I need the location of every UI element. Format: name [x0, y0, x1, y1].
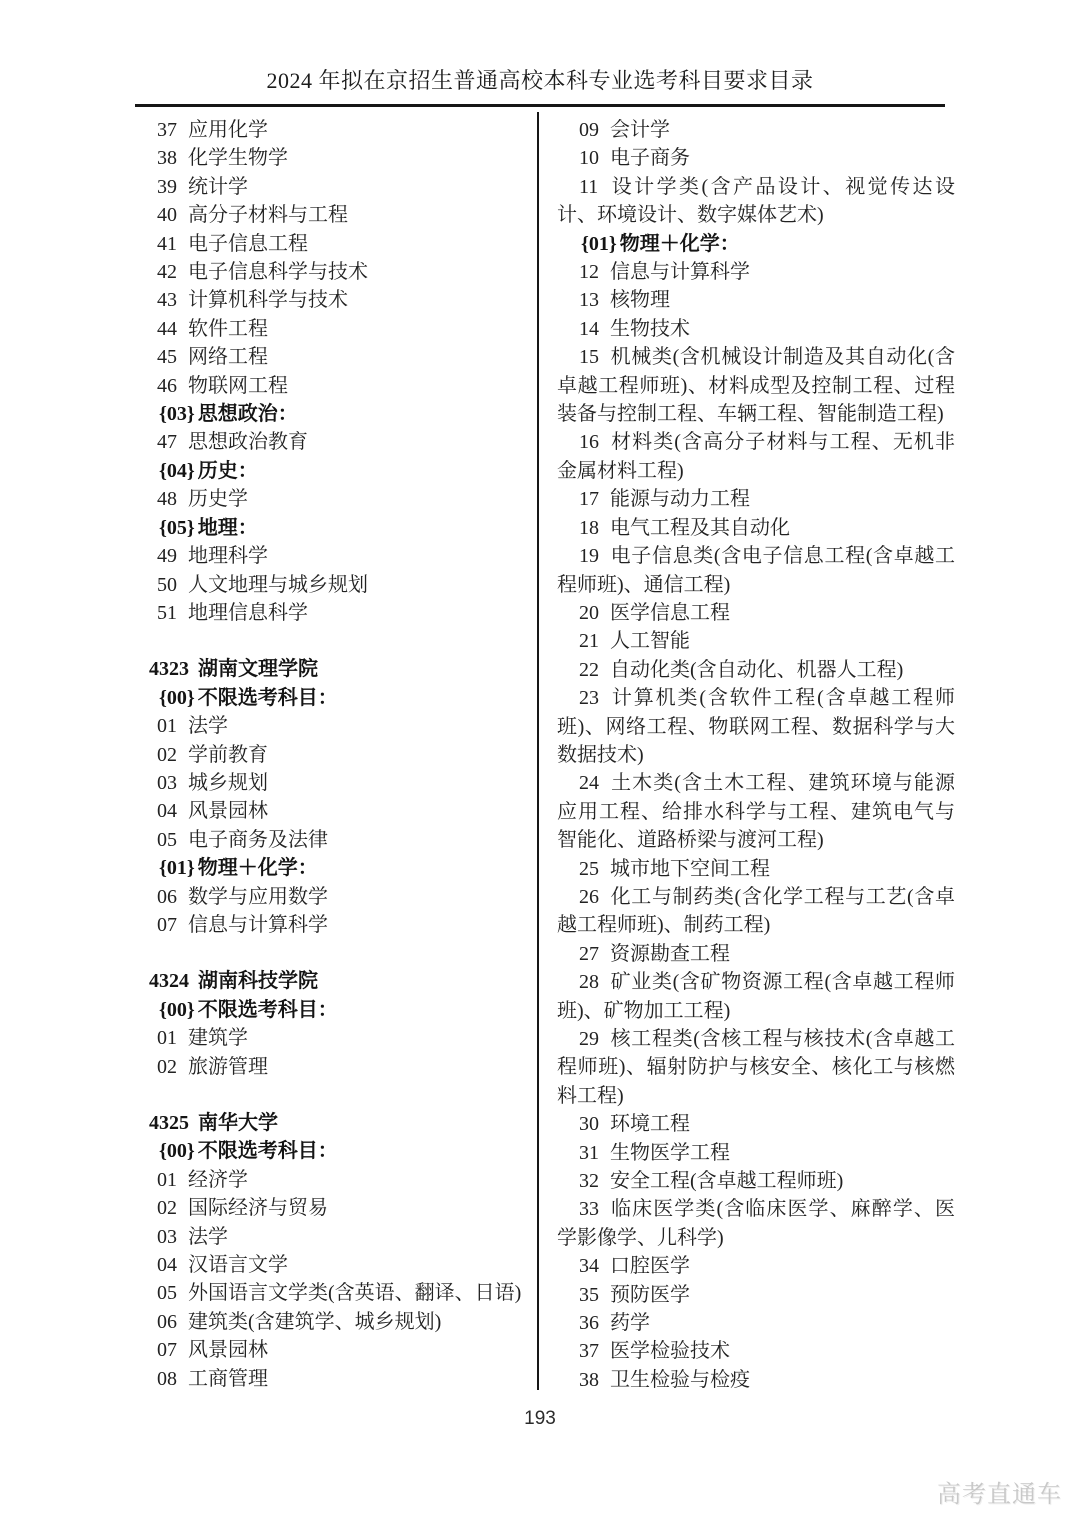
requirement-code: {01}: [581, 233, 617, 255]
requirement-label: 不限选考科目：: [198, 687, 338, 709]
document-page: { "header": { "title": "2024 年拟在京招生普通高校本…: [0, 0, 1080, 1527]
major-item: 24土木类(含土木工程、建筑环境与能源应用工程、给排水科学与工程、建筑电气与智能…: [557, 769, 955, 854]
major-code: 03: [157, 1226, 177, 1248]
major-code: 09: [579, 119, 599, 141]
major-item: 01法学: [135, 712, 533, 740]
page-number: 193: [0, 1408, 1080, 1430]
major-code: 37: [579, 1340, 599, 1362]
major-item: 03法学: [135, 1223, 533, 1251]
major-name: 经济学: [188, 1169, 248, 1191]
university-header: 4325南华大学: [135, 1109, 533, 1137]
major-name: 材料类(含高分子材料与工程、无机非金属材料工程): [557, 431, 955, 481]
major-name: 核工程类(含核工程与核技术(含卓越工程师班)、辐射防护与核安全、核化工与核燃料工…: [557, 1028, 955, 1107]
major-item: 07风景园林: [135, 1336, 533, 1364]
major-code: 29: [579, 1028, 599, 1050]
major-code: 02: [157, 1197, 177, 1219]
left-column: 37应用化学38化学生物学39统计学40高分子材料与工程41电子信息工程42电子…: [135, 116, 533, 1393]
major-code: 30: [579, 1113, 599, 1135]
major-item: 01建筑学: [135, 1024, 533, 1052]
major-item: 03城乡规划: [135, 769, 533, 797]
major-code: 42: [157, 261, 177, 283]
major-name: 物联网工程: [188, 375, 288, 397]
major-code: 34: [579, 1255, 599, 1277]
major-code: 40: [157, 204, 177, 226]
major-name: 卫生检验与检疫: [610, 1369, 750, 1391]
subject-requirement-header: {01}物理＋化学：: [557, 230, 955, 258]
major-code: 46: [157, 375, 177, 397]
major-name: 资源勘查工程: [610, 943, 730, 965]
major-item: 34口腔医学: [557, 1252, 955, 1280]
requirement-label: 物理＋化学：: [198, 857, 318, 879]
major-code: 38: [579, 1369, 599, 1391]
subject-requirement-header: {00}不限选考科目：: [135, 684, 533, 712]
major-item: 18电气工程及其自动化: [557, 514, 955, 542]
major-item: 48历史学: [135, 485, 533, 513]
major-name: 法学: [188, 715, 228, 737]
major-code: 10: [579, 147, 599, 169]
major-item: 45网络工程: [135, 343, 533, 371]
major-name: 药学: [610, 1312, 650, 1334]
major-code: 27: [579, 943, 599, 965]
major-name: 数学与应用数学: [188, 886, 328, 908]
major-item: 01经济学: [135, 1166, 533, 1194]
major-code: 45: [157, 346, 177, 368]
major-name: 网络工程: [188, 346, 268, 368]
subject-requirement-header: {04}历史：: [135, 457, 533, 485]
major-code: 18: [579, 517, 599, 539]
requirement-label: 地理：: [198, 517, 258, 539]
major-code: 15: [579, 346, 599, 368]
major-name: 建筑学: [188, 1027, 248, 1049]
requirement-code: {05}: [159, 517, 195, 539]
major-code: 02: [157, 744, 177, 766]
requirement-code: {04}: [159, 460, 195, 482]
subject-requirement-header: {00}不限选考科目：: [135, 996, 533, 1024]
major-name: 矿业类(含矿物资源工程(含卓越工程师班)、矿物加工工程): [557, 971, 955, 1021]
requirement-label: 物理＋化学：: [620, 233, 740, 255]
major-name: 工商管理: [188, 1368, 268, 1390]
major-code: 22: [579, 659, 599, 681]
university-code: 4324: [149, 970, 189, 992]
right-column: 09会计学10电子商务11设计学类(含产品设计、视觉传达设计、环境设计、数字媒体…: [557, 116, 955, 1394]
major-item: 25城市地下空间工程: [557, 855, 955, 883]
major-item: 29核工程类(含核工程与核技术(含卓越工程师班)、辐射防护与核安全、核化工与核燃…: [557, 1025, 955, 1110]
university-name: 湖南文理学院: [198, 658, 318, 680]
major-name: 信息与计算科学: [188, 914, 328, 936]
university-code: 4325: [149, 1112, 189, 1134]
major-item: 05外国语言文学类(含英语、翻译、日语): [135, 1279, 533, 1307]
major-item: 39统计学: [135, 173, 533, 201]
major-item: 50人文地理与城乡规划: [135, 571, 533, 599]
major-name: 风景园林: [188, 800, 268, 822]
major-item: 26化工与制药类(含化学工程与工艺(含卓越工程师班)、制药工程): [557, 883, 955, 940]
major-item: 28矿业类(含矿物资源工程(含卓越工程师班)、矿物加工工程): [557, 968, 955, 1025]
column-divider: [537, 112, 539, 1390]
requirement-code: {03}: [159, 403, 195, 425]
major-name: 土木类(含土木工程、建筑环境与能源应用工程、给排水科学与工程、建筑电气与智能化、…: [557, 772, 955, 851]
major-code: 02: [157, 1056, 177, 1078]
major-code: 08: [157, 1368, 177, 1390]
major-name: 城乡规划: [188, 772, 268, 794]
major-item: 10电子商务: [557, 144, 955, 172]
major-item: 32安全工程(含卓越工程师班): [557, 1167, 955, 1195]
major-name: 机械类(含机械设计制造及其自动化(含卓越工程师班)、材料成型及控制工程、过程装备…: [557, 346, 955, 425]
watermark: 高考直通车: [937, 1474, 1062, 1509]
major-code: 06: [157, 886, 177, 908]
major-item: 37应用化学: [135, 116, 533, 144]
major-name: 学前教育: [188, 744, 268, 766]
major-name: 医学检验技术: [610, 1340, 730, 1362]
requirement-label: 思想政治：: [198, 403, 298, 425]
major-item: 14生物技术: [557, 315, 955, 343]
requirement-label: 历史：: [198, 460, 258, 482]
major-item: 19电子信息类(含电子信息工程(含卓越工程师班)、通信工程): [557, 542, 955, 599]
major-name: 电子信息类(含电子信息工程(含卓越工程师班)、通信工程): [557, 545, 955, 595]
major-name: 会计学: [610, 119, 670, 141]
major-item: 02学前教育: [135, 741, 533, 769]
major-item: 02国际经济与贸易: [135, 1194, 533, 1222]
major-item: 47思想政治教育: [135, 428, 533, 456]
major-name: 临床医学类(含临床医学、麻醉学、医学影像学、儿科学): [557, 1198, 955, 1248]
major-code: 47: [157, 431, 177, 453]
major-item: 38卫生检验与检疫: [557, 1366, 955, 1394]
major-item: 13核物理: [557, 286, 955, 314]
major-item: 09会计学: [557, 116, 955, 144]
major-name: 能源与动力工程: [610, 488, 750, 510]
requirement-label: 不限选考科目：: [198, 999, 338, 1021]
major-name: 应用化学: [188, 119, 268, 141]
major-item: 16材料类(含高分子材料与工程、无机非金属材料工程): [557, 428, 955, 485]
major-name: 医学信息工程: [610, 602, 730, 624]
university-name: 湖南科技学院: [198, 970, 318, 992]
major-code: 25: [579, 858, 599, 880]
major-item: 04汉语言文学: [135, 1251, 533, 1279]
major-item: 07信息与计算科学: [135, 911, 533, 939]
major-item: 06建筑类(含建筑学、城乡规划): [135, 1308, 533, 1336]
major-code: 04: [157, 800, 177, 822]
major-item: 36药学: [557, 1309, 955, 1337]
major-name: 计算机类(含软件工程(含卓越工程师班)、网络工程、物联网工程、数据科学与大数据技…: [557, 687, 955, 766]
major-item: 37医学检验技术: [557, 1337, 955, 1365]
university-header: 4323湖南文理学院: [135, 655, 533, 683]
major-code: 37: [157, 119, 177, 141]
major-code: 24: [579, 772, 599, 794]
major-name: 汉语言文学: [188, 1254, 288, 1276]
major-name: 思想政治教育: [188, 431, 308, 453]
major-code: 05: [157, 1282, 177, 1304]
major-item: 41电子信息工程: [135, 230, 533, 258]
major-item: 51地理信息科学: [135, 599, 533, 627]
major-item: 11设计学类(含产品设计、视觉传达设计、环境设计、数字媒体艺术): [557, 173, 955, 230]
major-item: 43计算机科学与技术: [135, 286, 533, 314]
major-code: 32: [579, 1170, 599, 1192]
major-code: 26: [579, 886, 599, 908]
major-code: 07: [157, 1339, 177, 1361]
major-code: 05: [157, 829, 177, 851]
major-name: 计算机科学与技术: [188, 289, 348, 311]
major-item: 40高分子材料与工程: [135, 201, 533, 229]
major-name: 核物理: [610, 289, 670, 311]
major-name: 建筑类(含建筑学、城乡规划): [188, 1311, 441, 1333]
major-item: 08工商管理: [135, 1365, 533, 1393]
major-name: 外国语言文学类(含英语、翻译、日语): [188, 1282, 521, 1304]
major-name: 软件工程: [188, 318, 268, 340]
major-code: 38: [157, 147, 177, 169]
major-item: 30环境工程: [557, 1110, 955, 1138]
major-code: 17: [579, 488, 599, 510]
major-item: 22自动化类(含自动化、机器人工程): [557, 656, 955, 684]
subject-requirement-header: {00}不限选考科目：: [135, 1137, 533, 1165]
major-item: 33临床医学类(含临床医学、麻醉学、医学影像学、儿科学): [557, 1195, 955, 1252]
major-item: 35预防医学: [557, 1281, 955, 1309]
major-name: 化工与制药类(含化学工程与工艺(含卓越工程师班)、制药工程): [557, 886, 955, 936]
major-item: 15机械类(含机械设计制造及其自动化(含卓越工程师班)、材料成型及控制工程、过程…: [557, 343, 955, 428]
major-name: 生物医学工程: [610, 1142, 730, 1164]
subject-requirement-header: {05}地理：: [135, 514, 533, 542]
major-code: 41: [157, 233, 177, 255]
major-code: 43: [157, 289, 177, 311]
major-name: 旅游管理: [188, 1056, 268, 1078]
major-code: 06: [157, 1311, 177, 1333]
major-name: 风景园林: [188, 1339, 268, 1361]
major-name: 人工智能: [610, 630, 690, 652]
major-item: 23计算机类(含软件工程(含卓越工程师班)、网络工程、物联网工程、数据科学与大数…: [557, 684, 955, 769]
major-name: 安全工程(含卓越工程师班): [610, 1170, 843, 1192]
major-item: 21人工智能: [557, 627, 955, 655]
requirement-label: 不限选考科目：: [198, 1140, 338, 1162]
major-code: 12: [579, 261, 599, 283]
major-code: 49: [157, 545, 177, 567]
major-name: 自动化类(含自动化、机器人工程): [610, 659, 903, 681]
major-name: 城市地下空间工程: [610, 858, 770, 880]
major-code: 21: [579, 630, 599, 652]
major-item: 20医学信息工程: [557, 599, 955, 627]
major-code: 01: [157, 1169, 177, 1191]
major-name: 人文地理与城乡规划: [188, 574, 368, 596]
major-name: 生物技术: [610, 318, 690, 340]
major-code: 33: [579, 1198, 599, 1220]
major-item: 31生物医学工程: [557, 1139, 955, 1167]
major-name: 环境工程: [610, 1113, 690, 1135]
major-name: 电气工程及其自动化: [610, 517, 790, 539]
major-name: 设计学类(含产品设计、视觉传达设计、环境设计、数字媒体艺术): [557, 176, 955, 226]
major-item: 12信息与计算科学: [557, 258, 955, 286]
major-name: 电子信息工程: [188, 233, 308, 255]
major-name: 国际经济与贸易: [188, 1197, 328, 1219]
major-name: 电子信息科学与技术: [188, 261, 368, 283]
major-code: 14: [579, 318, 599, 340]
major-code: 13: [579, 289, 599, 311]
major-item: 17能源与动力工程: [557, 485, 955, 513]
major-name: 高分子材料与工程: [188, 204, 348, 226]
major-code: 11: [579, 176, 598, 198]
major-name: 地理信息科学: [188, 602, 308, 624]
major-code: 48: [157, 488, 177, 510]
major-code: 39: [157, 176, 177, 198]
major-item: 02旅游管理: [135, 1053, 533, 1081]
major-name: 化学生物学: [188, 147, 288, 169]
major-code: 44: [157, 318, 177, 340]
major-code: 20: [579, 602, 599, 624]
major-name: 预防医学: [610, 1284, 690, 1306]
subject-requirement-header: {03}思想政治：: [135, 400, 533, 428]
major-code: 04: [157, 1254, 177, 1276]
major-name: 历史学: [188, 488, 248, 510]
requirement-code: {01}: [159, 857, 195, 879]
major-code: 31: [579, 1142, 599, 1164]
subject-requirement-header: {01}物理＋化学：: [135, 854, 533, 882]
major-code: 01: [157, 715, 177, 737]
major-code: 07: [157, 914, 177, 936]
major-code: 23: [579, 687, 599, 709]
major-name: 统计学: [188, 176, 248, 198]
major-item: 46物联网工程: [135, 372, 533, 400]
major-name: 电子商务及法律: [188, 829, 328, 851]
university-header: 4324湖南科技学院: [135, 967, 533, 995]
requirement-code: {00}: [159, 999, 195, 1021]
major-name: 电子商务: [610, 147, 690, 169]
major-code: 36: [579, 1312, 599, 1334]
major-item: 06数学与应用数学: [135, 883, 533, 911]
major-code: 35: [579, 1284, 599, 1306]
major-item: 05电子商务及法律: [135, 826, 533, 854]
major-code: 28: [579, 971, 599, 993]
major-code: 19: [579, 545, 599, 567]
major-code: 16: [579, 431, 599, 453]
major-code: 01: [157, 1027, 177, 1049]
major-name: 法学: [188, 1226, 228, 1248]
major-name: 地理科学: [188, 545, 268, 567]
requirement-code: {00}: [159, 687, 195, 709]
major-name: 信息与计算科学: [610, 261, 750, 283]
major-item: 49地理科学: [135, 542, 533, 570]
major-item: 38化学生物学: [135, 144, 533, 172]
page-title: 2024 年拟在京招生普通高校本科专业选考科目要求目录: [135, 66, 945, 96]
major-item: 27资源勘查工程: [557, 940, 955, 968]
major-code: 50: [157, 574, 177, 596]
major-code: 03: [157, 772, 177, 794]
major-item: 44软件工程: [135, 315, 533, 343]
major-name: 口腔医学: [610, 1255, 690, 1277]
major-item: 04风景园林: [135, 797, 533, 825]
university-code: 4323: [149, 658, 189, 680]
requirement-code: {00}: [159, 1140, 195, 1162]
major-code: 51: [157, 602, 177, 624]
university-name: 南华大学: [198, 1112, 278, 1134]
header-rule: [135, 104, 945, 107]
major-item: 42电子信息科学与技术: [135, 258, 533, 286]
